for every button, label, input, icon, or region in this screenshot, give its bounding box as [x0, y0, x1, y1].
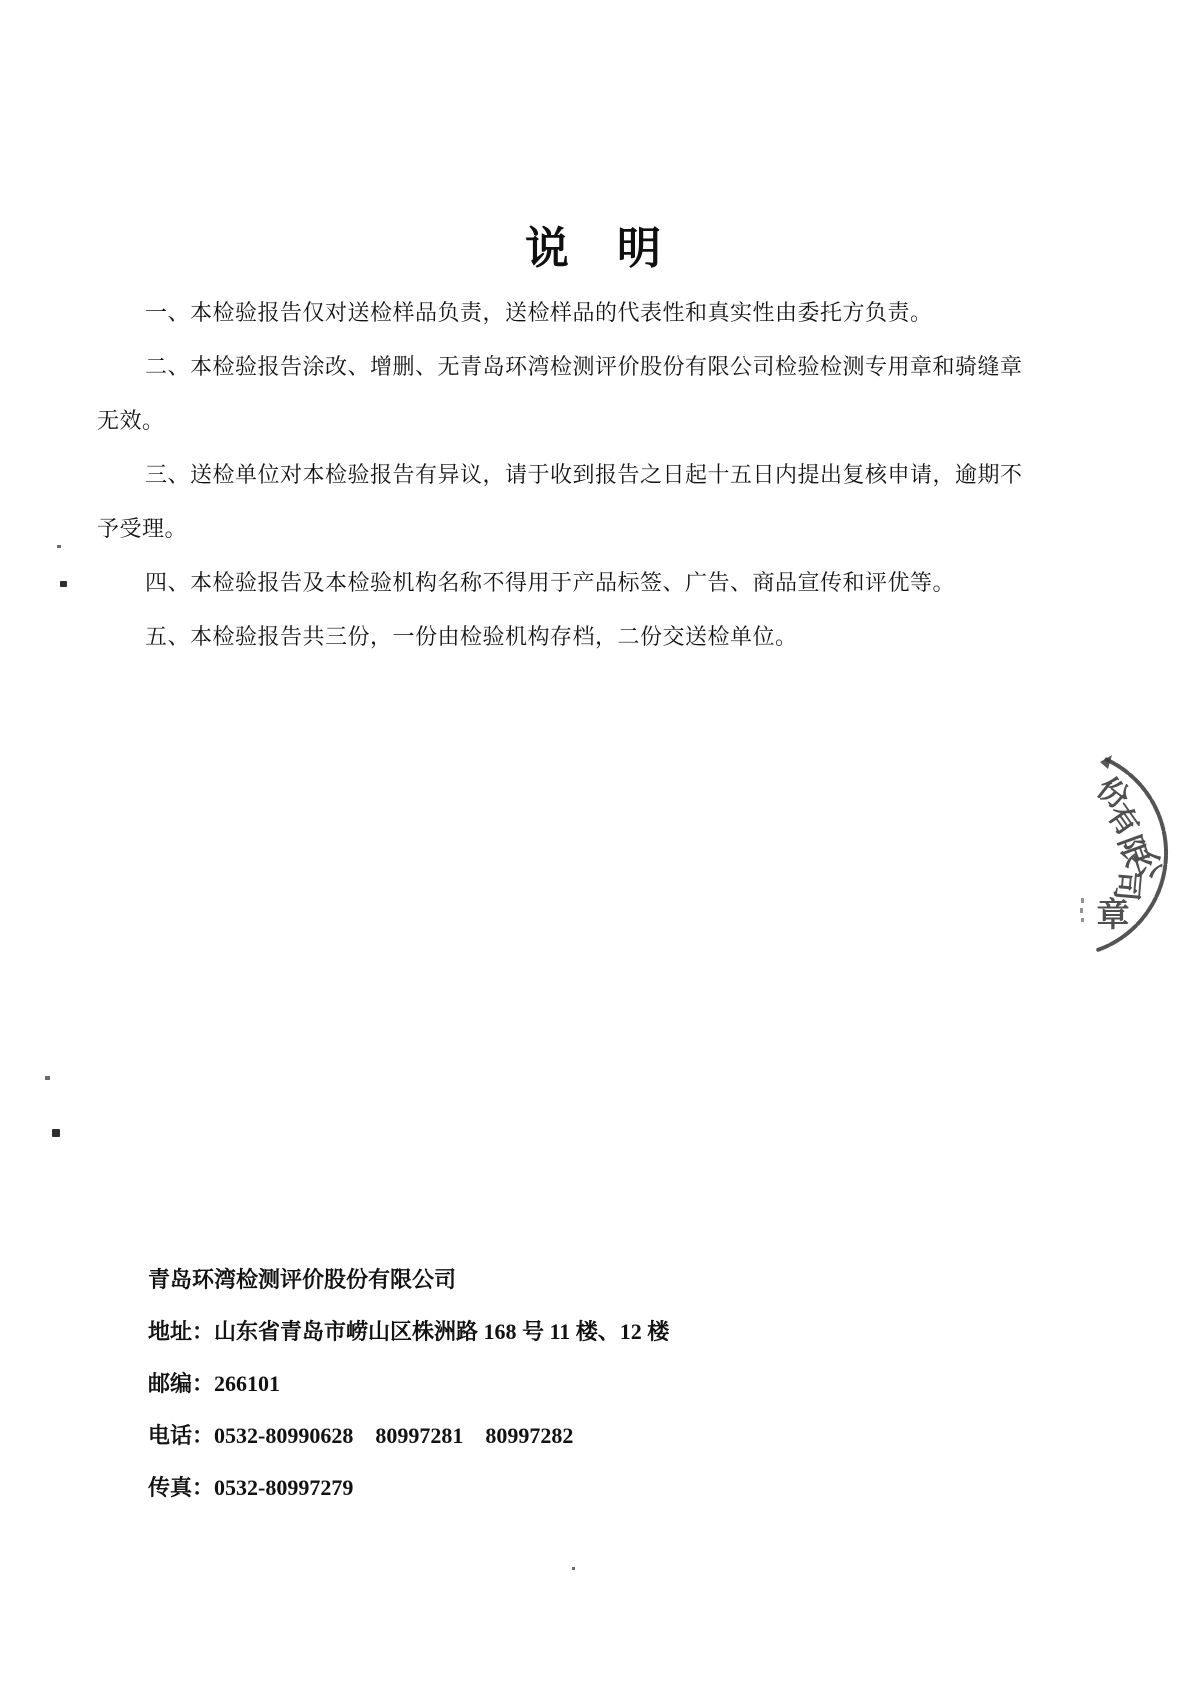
- seal-outer-arc: [1098, 760, 1166, 950]
- seal-arc-char: 公: [1128, 846, 1166, 881]
- note-1-line-1: 一、本检验报告仅对送检样品负责，送检样品的代表性和真实性由委托方负责。: [97, 286, 1015, 340]
- ink-speck: [572, 1567, 575, 1570]
- address-label: 地址：: [148, 1319, 214, 1344]
- phone-line: 电话：0532-80990628 80997281 80997282: [148, 1410, 908, 1462]
- note-2-line-2: 无效。: [97, 394, 1015, 448]
- postcode-line: 邮编：266101: [148, 1358, 908, 1410]
- fax-label: 传真：: [148, 1475, 214, 1500]
- ink-speck: [60, 581, 67, 587]
- address-line: 地址：山东省青岛市崂山区株洲路 168 号 11 楼、12 楼: [148, 1306, 908, 1358]
- report-notes-page: 说 明 一、本检验报告仅对送检样品负责，送检样品的代表性和真实性由委托方负责。 …: [0, 0, 1188, 1685]
- seal-arc-tip: [1100, 755, 1112, 769]
- ink-speck: [52, 1129, 60, 1137]
- postcode-label: 邮编：: [148, 1371, 214, 1396]
- note-3-line-1: 三、送检单位对本检验报告有异议，请于收到报告之日起十五日内提出复核申请，逾期不: [97, 448, 1015, 502]
- seal-inner-char: 章: [1097, 896, 1130, 934]
- company-name: 青岛环湾检测评价股份有限公司: [148, 1254, 908, 1306]
- seal-arc-char: 有: [1100, 799, 1144, 843]
- phone-value: 0532-80990628 80997281 80997282: [214, 1423, 573, 1448]
- seal-arc-char: 限: [1112, 831, 1153, 870]
- ink-speck: [57, 545, 61, 548]
- address-value: 山东省青岛市崂山区株洲路 168 号 11 楼、12 楼: [214, 1319, 669, 1344]
- seal-arc-char: 司: [1109, 870, 1144, 903]
- notes-section: 一、本检验报告仅对送检样品负责，送检样品的代表性和真实性由委托方负责。 二、本检…: [97, 286, 1015, 664]
- postcode-value: 266101: [214, 1371, 280, 1396]
- note-3-line-2: 予受理。: [97, 502, 1015, 556]
- fax-line: 传真：0532-80997279: [148, 1462, 908, 1514]
- phone-label: 电话：: [148, 1423, 214, 1448]
- note-2-line-1: 二、本检验报告涂改、增删、无青岛环湾检测评价股份有限公司检验检测专用章和骑缝章: [97, 340, 1015, 394]
- seal-arc-char: 份: [1091, 771, 1135, 815]
- page-title: 说 明: [0, 212, 1188, 276]
- company-seal-stamp: 份 有 限 公 司 章: [980, 670, 1188, 990]
- fax-value: 0532-80997279: [214, 1475, 353, 1500]
- note-4-line-1: 四、本检验报告及本检验机构名称不得用于产品标签、广告、商品宣传和评优等。: [97, 556, 1015, 610]
- ink-speck: [45, 1076, 50, 1080]
- note-5-line-1: 五、本检验报告共三份，一份由检验机构存档，二份交送检单位。: [97, 610, 1015, 664]
- footer-contact: 青岛环湾检测评价股份有限公司 地址：山东省青岛市崂山区株洲路 168 号 11 …: [148, 1254, 908, 1514]
